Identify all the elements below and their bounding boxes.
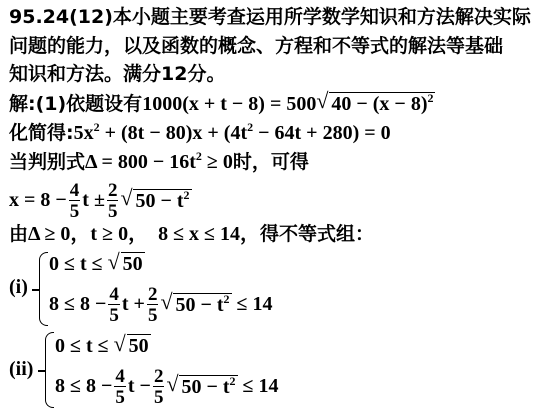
numerator: 4 [114, 367, 126, 386]
radical-icon: √ [120, 176, 132, 220]
exponent: 2 [230, 374, 236, 388]
system-label: (ii) [9, 358, 33, 381]
denominator: 5 [108, 304, 120, 325]
discriminant: Δ = 800 − 16t [85, 151, 196, 173]
term: − 64t + 280) = 0 [253, 122, 391, 144]
sqrt-body: 50 − t [175, 294, 223, 316]
sqrt-body: 50 [127, 334, 151, 357]
denominator: 5 [114, 386, 126, 407]
term: ≤ 14 [238, 375, 279, 397]
step5-prefix: 由 [9, 223, 28, 245]
term: t − [128, 375, 151, 397]
denominator: 5 [107, 200, 119, 221]
radical-icon: √ [108, 249, 120, 275]
solution-step-5: 由Δ ≥ 0，t ≥ 0， 8 ≤ x ≤ 14，得不等式组： [9, 222, 374, 246]
term: 0 ≤ t ≤ [49, 253, 103, 275]
system-row-2: 8 ≤ 8 −45t +25√50 − t2 ≤ 14 [49, 282, 272, 327]
term: t ± [82, 189, 105, 211]
denominator: 5 [147, 304, 159, 325]
term: ≤ 14 [232, 293, 273, 315]
conditions: Δ ≥ 0，t ≥ 0， 8 ≤ x ≤ 14， [28, 223, 260, 245]
step1-prefix: 解:(1)依题设有 [9, 93, 142, 115]
step5-suffix: 得不等式组： [260, 223, 374, 245]
intro-line-3: 知识和方法。满分12分。 [9, 62, 225, 86]
left-brace-icon [39, 252, 48, 326]
inequality-system-i: (i) 0 ≤ t ≤ √50 8 ≤ 8 −45t +25√50 − t2 ≤… [9, 250, 549, 328]
intro-line-2: 问题的能力，以及函数的概念、方程和不等式的解法等基础 [9, 34, 503, 58]
denominator: 5 [153, 386, 165, 407]
intro-line-1: 95.24(12)本小题主要考查运用所学数学知识和方法解决实际 [9, 5, 531, 29]
numerator: 2 [153, 367, 165, 386]
step1-equation: 1000(x + t − 8) = 500 [142, 93, 316, 115]
term: 5x [74, 122, 94, 144]
left-brace-icon [45, 332, 54, 408]
term: t + [122, 293, 145, 315]
sqrt-body: 50 [121, 252, 145, 275]
term: x = 8 − [9, 189, 67, 211]
term: 0 ≤ t ≤ [55, 335, 109, 357]
solution-step-2: 化简得:5x2 + (8t − 80)x + (4t2 − 64t + 280)… [9, 121, 391, 145]
step2-prefix: 化简得: [9, 122, 74, 144]
sqrt-expression: √50 [114, 334, 151, 358]
exponent: 2 [184, 188, 190, 202]
fraction: 25 [147, 285, 159, 325]
fraction: 45 [114, 367, 126, 407]
numerator: 2 [107, 181, 119, 200]
fraction: 25 [153, 367, 165, 407]
numerator: 2 [147, 285, 159, 304]
radical-icon: √ [160, 280, 172, 324]
denominator: 5 [69, 200, 81, 221]
sqrt-expression: √50 − t2 [166, 365, 237, 409]
term: + (8t − 80)x + (4t [100, 122, 248, 144]
solution-step-4: x = 8 −45t ±25√50 − t2 [9, 178, 192, 223]
radical-icon: √ [166, 362, 178, 406]
system-row-2: 8 ≤ 8 −45t −25√50 − t2 ≤ 14 [55, 364, 278, 409]
inequality-system-ii: (ii) 0 ≤ t ≤ √50 8 ≤ 8 −45t −25√50 − t2 … [9, 330, 549, 410]
system-row-1: 0 ≤ t ≤ √50 [49, 252, 145, 276]
exponent: 2 [427, 91, 433, 105]
sqrt-expression: √40 − (x − 8)2 [316, 92, 435, 116]
solution-step-1: 解:(1)依题设有1000(x + t − 8) = 500√40 − (x −… [9, 92, 435, 116]
term: ≥ 0 [202, 151, 233, 173]
radical-icon: √ [316, 89, 328, 113]
fraction: 45 [108, 285, 120, 325]
exponent: 2 [224, 292, 230, 306]
radical-icon: √ [114, 331, 126, 357]
solution-step-3: 当判别式Δ = 800 − 16t2 ≥ 0时，可得 [9, 150, 309, 174]
step3-prefix: 当判别式 [9, 151, 85, 173]
sqrt-expression: √50 − t2 [160, 283, 231, 327]
numerator: 4 [69, 181, 81, 200]
system-row-1: 0 ≤ t ≤ √50 [55, 334, 151, 358]
sqrt-body: 50 − t [181, 376, 229, 398]
term: 8 ≤ 8 − [55, 375, 112, 397]
sqrt-body: 40 − (x − 8) [331, 93, 427, 115]
sqrt-expression: √50 − t2 [120, 179, 191, 223]
system-label: (i) [9, 276, 28, 299]
step3-suffix: 时，可得 [233, 151, 309, 173]
sqrt-body: 50 − t [135, 190, 183, 212]
term: 8 ≤ 8 − [49, 293, 106, 315]
fraction: 25 [107, 181, 119, 221]
sqrt-expression: √50 [108, 252, 145, 276]
fraction: 45 [69, 181, 81, 221]
numerator: 4 [108, 285, 120, 304]
